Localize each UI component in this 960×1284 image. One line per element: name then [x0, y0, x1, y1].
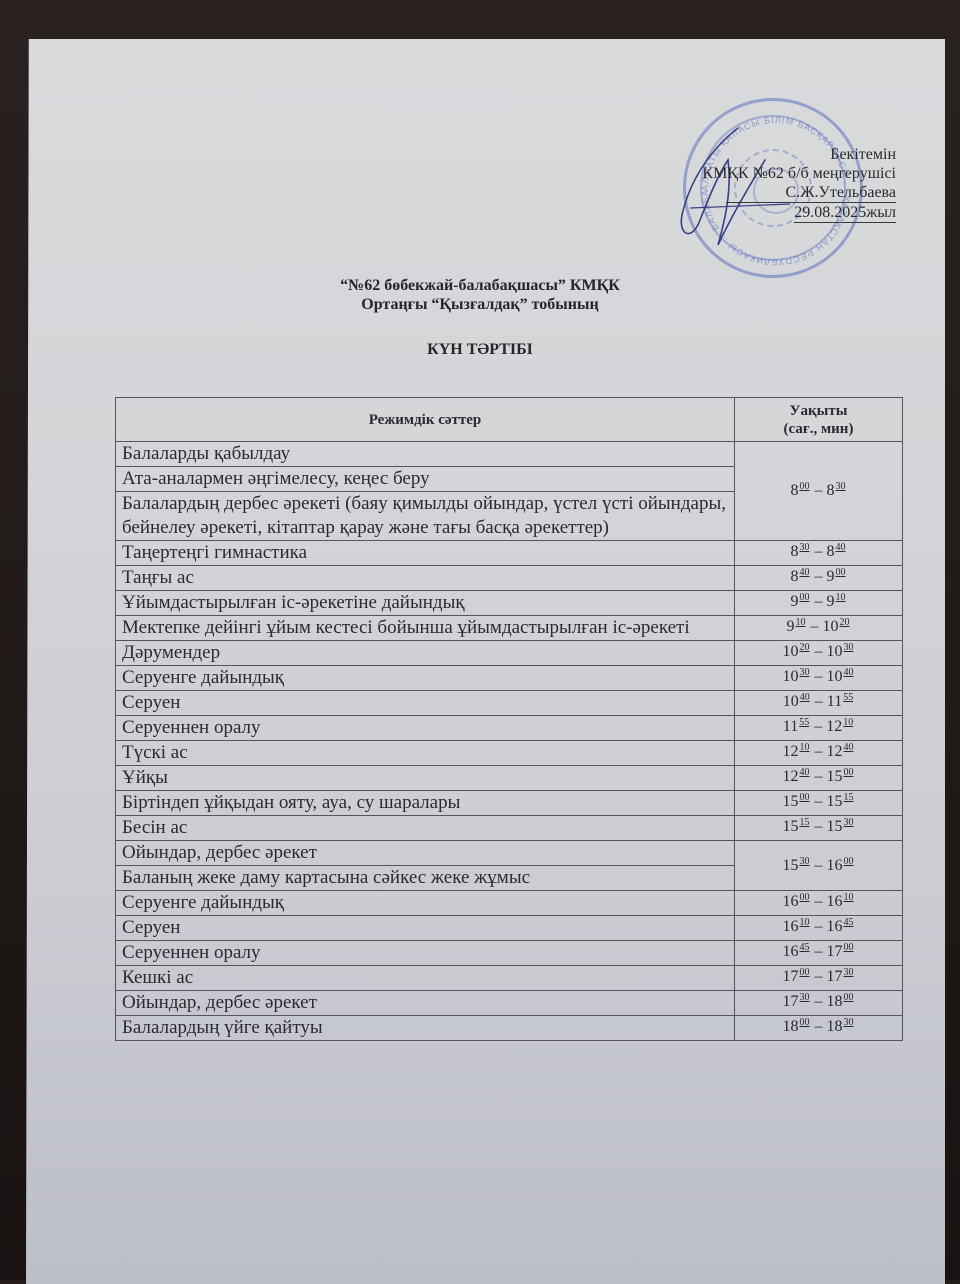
- time-range: 1530 – 1600: [783, 857, 855, 874]
- time-range: 1645 – 1700: [783, 943, 855, 960]
- activity-cell: Баланың жеке даму картасына сәйкес жеке …: [116, 866, 735, 891]
- time-range: 1240 – 1500: [783, 768, 855, 785]
- time-range: 1600 – 1610: [783, 893, 855, 910]
- approval-position: КМҚК №62 б/б меңгерушісі: [702, 164, 896, 183]
- group-name: Ортаңғы “Қызғалдақ” тобының: [0, 295, 960, 314]
- time-range: 830 – 840: [791, 543, 847, 560]
- time-range: 1030 – 1040: [783, 668, 855, 685]
- activity-cell: Ата-аналармен әңгімелесу, кеңес беру: [116, 467, 735, 492]
- time-cell: 1210 – 1240: [735, 741, 903, 766]
- time-cell: 1600 – 1610: [735, 891, 903, 916]
- table-row: Серуеннен оралу1155 – 1210: [116, 716, 903, 741]
- table-row: Кешкі ас1700 – 1730: [116, 966, 903, 991]
- time-range: 1515 – 1530: [783, 818, 855, 835]
- activity-cell: Таңертеңгі гимнастика: [116, 541, 735, 566]
- table-row: Дәрумендер1020 – 1030: [116, 641, 903, 666]
- table-row: Таңертеңгі гимнастика830 – 840: [116, 541, 903, 566]
- time-cell: 1020 – 1030: [735, 641, 903, 666]
- activity-cell: Серуеннен оралу: [116, 941, 735, 966]
- activity-cell: Бесін ас: [116, 816, 735, 841]
- approval-heading: Бекітемін: [702, 145, 896, 164]
- time-range: 1500 – 1515: [783, 793, 855, 810]
- activity-cell: Кешкі ас: [116, 966, 735, 991]
- time-cell: 800 – 830: [735, 442, 903, 541]
- activity-cell: Серуенге дайындық: [116, 666, 735, 691]
- document-header: “№62 бөбекжай-балабақшасы” КМҚК Ортаңғы …: [0, 276, 960, 314]
- activity-cell: Балаларды қабылдау: [116, 442, 735, 467]
- time-cell: 1700 – 1730: [735, 966, 903, 991]
- time-range: 910 – 1020: [787, 618, 851, 635]
- activity-cell: Дәрумендер: [116, 641, 735, 666]
- activity-cell: Серуен: [116, 916, 735, 941]
- activity-cell: Серуен: [116, 691, 735, 716]
- time-range: 800 – 830: [791, 482, 847, 499]
- time-range: 1800 – 1830: [783, 1018, 855, 1035]
- table-row: Серуен1040 – 1155: [116, 691, 903, 716]
- time-range: 1610 – 1645: [783, 918, 855, 935]
- table-row: Ойындар, дербес әрекет1530 – 1600: [116, 841, 903, 866]
- time-cell: 900 – 910: [735, 591, 903, 616]
- table-row: Балалардың үйге қайтуы1800 – 1830: [116, 1016, 903, 1041]
- time-cell: 1240 – 1500: [735, 766, 903, 791]
- time-cell: 1800 – 1830: [735, 1016, 903, 1041]
- activity-cell: Серуеннен оралу: [116, 716, 735, 741]
- table-row: Ойындар, дербес әрекет1730 – 1800: [116, 991, 903, 1016]
- column-header-time: Уақыты (сағ., мин): [735, 398, 903, 442]
- time-cell: 1040 – 1155: [735, 691, 903, 716]
- table-row: Серуенге дайындық1030 – 1040: [116, 666, 903, 691]
- table-row: Таңғы ас840 – 900: [116, 566, 903, 591]
- table-row: Түскі ас1210 – 1240: [116, 741, 903, 766]
- time-cell: 830 – 840: [735, 541, 903, 566]
- activity-cell: Ойындар, дербес әрекет: [116, 991, 735, 1016]
- time-range: 1730 – 1800: [783, 993, 855, 1010]
- table-header-row: Режимдік сәттер Уақыты (сағ., мин): [116, 398, 903, 442]
- time-cell: 1500 – 1515: [735, 791, 903, 816]
- column-header-activity: Режимдік сәттер: [116, 398, 735, 442]
- time-range: 1155 – 1210: [783, 718, 854, 735]
- activity-cell: Біртіндеп ұйқыдан ояту, ауа, су шаралары: [116, 791, 735, 816]
- time-range: 900 – 910: [791, 593, 847, 610]
- approval-date: 29.08.2025жыл: [794, 203, 896, 223]
- approval-block: Бекітемін КМҚК №62 б/б меңгерушісі С.Ж.У…: [702, 145, 896, 223]
- time-range: 1040 – 1155: [783, 693, 854, 710]
- organization-name: “№62 бөбекжай-балабақшасы” КМҚК: [0, 276, 960, 295]
- time-cell: 1155 – 1210: [735, 716, 903, 741]
- time-cell: 1030 – 1040: [735, 666, 903, 691]
- time-cell: 1515 – 1530: [735, 816, 903, 841]
- page-title: КҮН ТӘРТІБІ: [0, 341, 960, 359]
- table-body: Балаларды қабылдау800 – 830Ата-аналармен…: [116, 442, 903, 1041]
- activity-cell: Мектепке дейінгі ұйым кестесі бойынша ұй…: [116, 616, 735, 641]
- activity-cell: Ұйқы: [116, 766, 735, 791]
- time-cell: 1610 – 1645: [735, 916, 903, 941]
- table-row: Серуенге дайындық1600 – 1610: [116, 891, 903, 916]
- time-range: 1700 – 1730: [783, 968, 855, 985]
- table-row: Бесін ас1515 – 1530: [116, 816, 903, 841]
- table-row: Ұйқы1240 – 1500: [116, 766, 903, 791]
- time-range: 1210 – 1240: [783, 743, 855, 760]
- time-range: 1020 – 1030: [783, 643, 855, 660]
- activity-cell: Балалардың үйге қайтуы: [116, 1016, 735, 1041]
- table-row: Серуен1610 – 1645: [116, 916, 903, 941]
- time-cell: 840 – 900: [735, 566, 903, 591]
- activity-cell: Таңғы ас: [116, 566, 735, 591]
- table-row: Біртіндеп ұйқыдан ояту, ауа, су шаралары…: [116, 791, 903, 816]
- time-cell: 1530 – 1600: [735, 841, 903, 891]
- table-row: Серуеннен оралу1645 – 1700: [116, 941, 903, 966]
- time-range: 840 – 900: [791, 568, 847, 585]
- activity-cell: Балалардың дербес әрекеті (баяу қимылды …: [116, 492, 735, 541]
- column-header-time-line1: Уақыты: [741, 402, 896, 420]
- table-row: Ұйымдастырылған іс-әрекетіне дайындық900…: [116, 591, 903, 616]
- time-cell: 1730 – 1800: [735, 991, 903, 1016]
- table-row: Балаларды қабылдау800 – 830: [116, 442, 903, 467]
- activity-cell: Түскі ас: [116, 741, 735, 766]
- approval-signatory: С.Ж.Утельбаева: [726, 183, 897, 203]
- column-header-time-line2: (сағ., мин): [741, 420, 896, 438]
- activity-cell: Ұйымдастырылған іс-әрекетіне дайындық: [116, 591, 735, 616]
- time-cell: 910 – 1020: [735, 616, 903, 641]
- activity-cell: Ойындар, дербес әрекет: [116, 841, 735, 866]
- time-cell: 1645 – 1700: [735, 941, 903, 966]
- activity-cell: Серуенге дайындық: [116, 891, 735, 916]
- table-row: Мектепке дейінгі ұйым кестесі бойынша ұй…: [116, 616, 903, 641]
- daily-schedule-table: Режимдік сәттер Уақыты (сағ., мин) Балал…: [115, 397, 903, 1041]
